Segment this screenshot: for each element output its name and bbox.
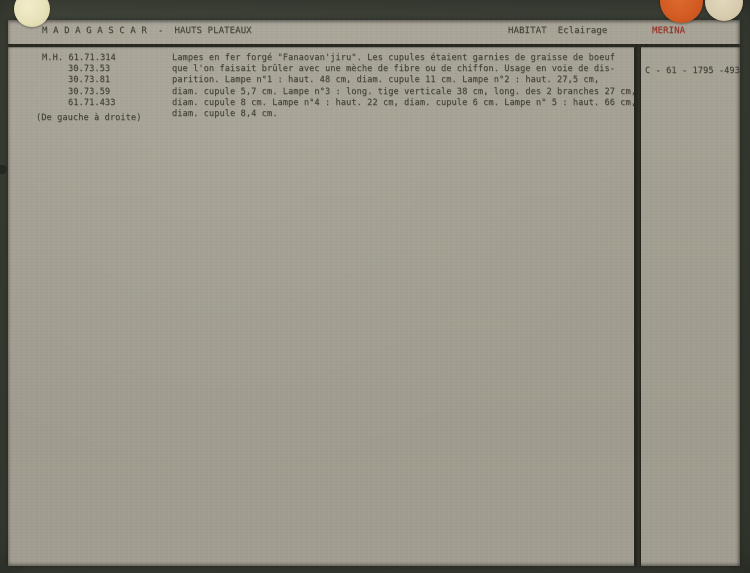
inventory-numbers: M.H. 61.71.31430.73.5330.73.8130.73.5961… [42,53,116,109]
reference-code: C - 61 - 1795 -493 [645,66,740,76]
card-header: M A D A G A S C A R - HAUTS PLATEAUX HAB… [8,26,740,42]
index-card: M A D A G A S C A R - HAUTS PLATEAUX HAB… [8,20,740,566]
text-line: Lampes en fer forgé "Fanaovan'jiru". Les… [172,53,642,64]
text-line: 61.71.433 [68,98,116,109]
scanned-catalog-card-page: M A D A G A S C A R - HAUTS PLATEAUX HAB… [0,0,750,573]
text-line: M.H. 61.71.314 [42,53,116,64]
text-line: parition. Lampe n°1 : haut. 48 cm, diam.… [172,75,642,86]
text-line: 30.73.81 [68,75,116,86]
object-description: Lampes en fer forgé "Fanaovan'jiru". Les… [172,53,642,120]
text-line: que l'on faisait brûler avec une mèche d… [172,64,642,75]
text-line: diam. cupule 8 cm. Lampe n°4 : haut. 22 … [172,98,642,109]
region-title: M A D A G A S C A R - HAUTS PLATEAUX [42,26,252,36]
beige-round-sticker [705,0,743,21]
text-line: 30.73.53 [68,64,116,75]
ethnic-group-stamp: MERINA [652,26,685,36]
text-line: diam. cupule 8,4 cm. [172,109,642,120]
text-line: diam. cupule 5,7 cm. Lampe n°3 : long. t… [172,87,642,98]
header-divider-rule [8,44,740,47]
inventory-note: (De gauche à droite) [36,113,141,123]
scan-blemish [0,165,7,174]
text-line: 30.73.59 [68,87,116,98]
vertical-divider-rule [634,47,641,566]
category-label: HABITAT Eclairage [508,26,607,36]
